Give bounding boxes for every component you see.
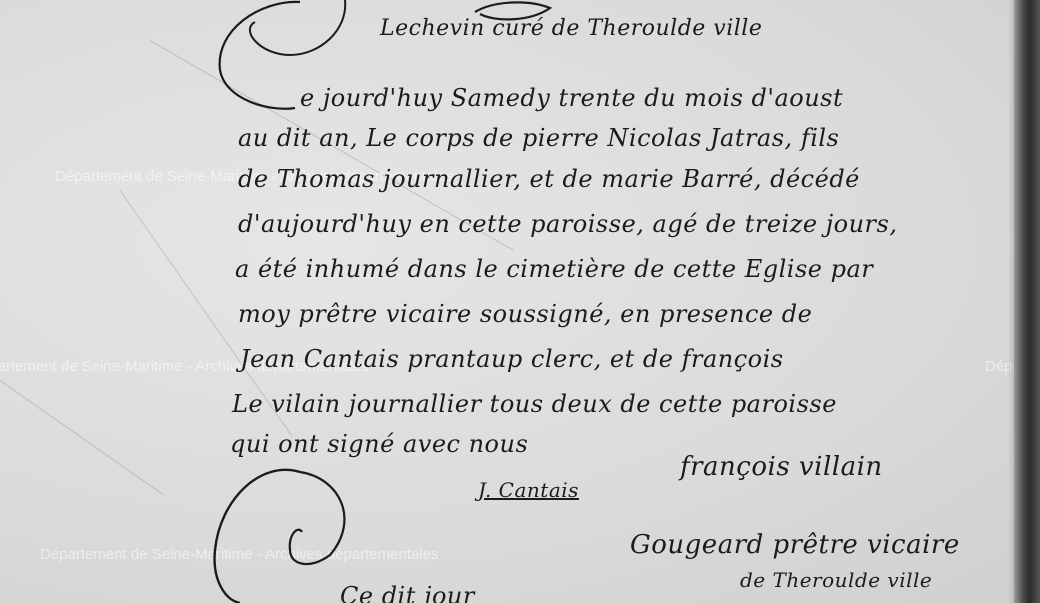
signature-francois-villain: françois villain <box>680 452 883 482</box>
entry-line-1: e jourd'huy Samedy trente du mois d'aous… <box>300 84 843 112</box>
entry-line-4: d'aujourd'huy en cette paroisse, agé de … <box>238 210 897 238</box>
next-entry-partial: Ce dit jour <box>340 582 475 603</box>
entry-line-6: moy prêtre vicaire soussigné, en presenc… <box>238 300 812 328</box>
initial-c-flourish-bottom <box>210 460 360 603</box>
register-page: Département de Seine-Maritime - Archives… <box>0 0 1040 603</box>
bleed-through-stroke <box>0 380 164 496</box>
entry-line-7: Jean Cantais prantaup clerc, et de franç… <box>240 345 784 373</box>
entry-line-3: de Thomas journallier, et de marie Barré… <box>238 165 860 193</box>
entry-line-8: Le vilain journallier tous deux de cette… <box>232 390 837 418</box>
entry-header: Lechevin curé de Theroulde ville <box>380 16 762 41</box>
signature-gougeard: Gougeard prêtre vicaire <box>630 530 960 560</box>
entry-line-5: a été inhumé dans le cimetière de cette … <box>235 255 873 283</box>
book-binding <box>1014 0 1040 603</box>
entry-line-9: qui ont signé avec nous <box>230 430 528 458</box>
signature-cantais: J. Cantais <box>478 478 579 502</box>
signature-parish: de Theroulde ville <box>740 568 932 592</box>
entry-line-2: au dit an, Le corps de pierre Nicolas Ja… <box>238 124 839 152</box>
